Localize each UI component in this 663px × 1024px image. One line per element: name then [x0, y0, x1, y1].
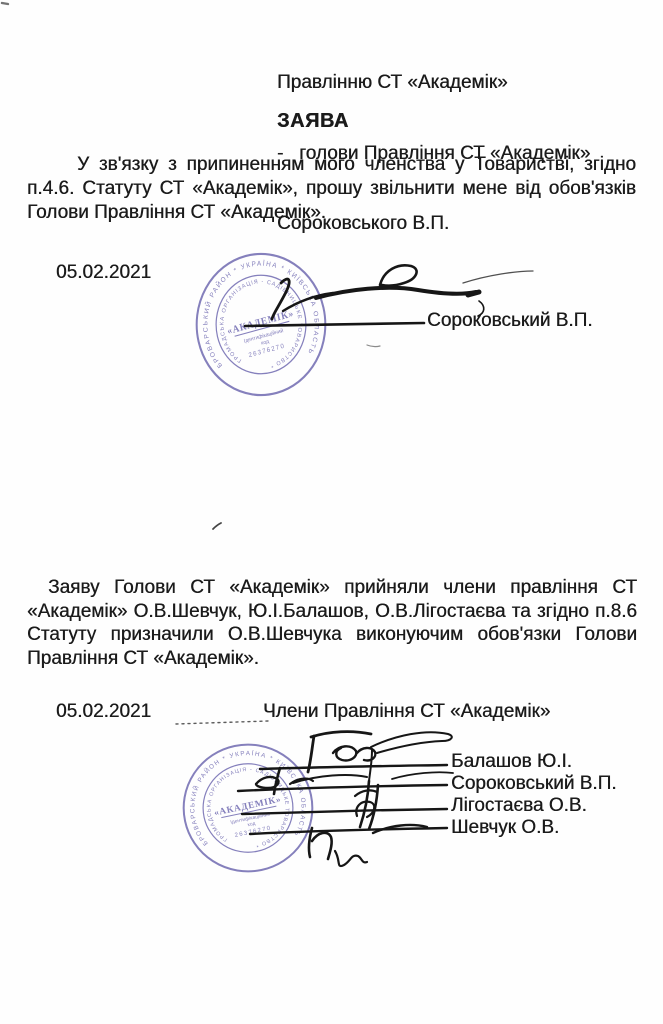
paragraph-line: Правління СТ «Академік». [27, 647, 637, 671]
resolution-date: 05.02.2021 [56, 700, 151, 724]
member-name: Шевчук О.В. [451, 817, 617, 839]
paragraph-line: «Академік» О.В.Шевчук, Ю.І.Балашов, О.В.… [27, 600, 637, 624]
paragraph-line: Заяву Голови СТ «Академік» прийняли член… [27, 576, 637, 600]
chairman-signature-ink [210, 240, 550, 360]
paragraph-line: Голови Правління СТ «Академік». [27, 201, 636, 225]
board-member-names: Балашов Ю.І. Сороковський В.П. Лігостаєв… [451, 751, 617, 839]
member-name: Балашов Ю.І. [451, 751, 617, 773]
resolution-paragraph: Заяву Голови СТ «Академік» прийняли член… [27, 576, 637, 670]
letter-body-paragraph: У зв'язку з припиненням мого членства у … [27, 153, 636, 225]
member-name: Сороковський В.П. [451, 773, 617, 795]
board-signatures-ink [165, 712, 465, 882]
letter-date: 05.02.2021 [56, 261, 151, 285]
paragraph-line: Статуту призначили О.В.Шевчука виконуючи… [27, 623, 637, 647]
signer-name: Сороковський В.П. [427, 309, 593, 333]
scanned-document-page: Правлінню СТ «Академік» - голови Правлін… [0, 0, 663, 1024]
paragraph-line: У зв'язку з припиненням мого членства у … [27, 153, 636, 177]
recipient-line: Правлінню СТ «Академік» [277, 71, 590, 95]
paragraph-line: п.4.6. Статуту СТ «Академік», прошу звіл… [27, 177, 636, 201]
document-title: ЗАЯВА [277, 110, 349, 133]
member-name: Лігостаєва О.В. [451, 795, 617, 817]
